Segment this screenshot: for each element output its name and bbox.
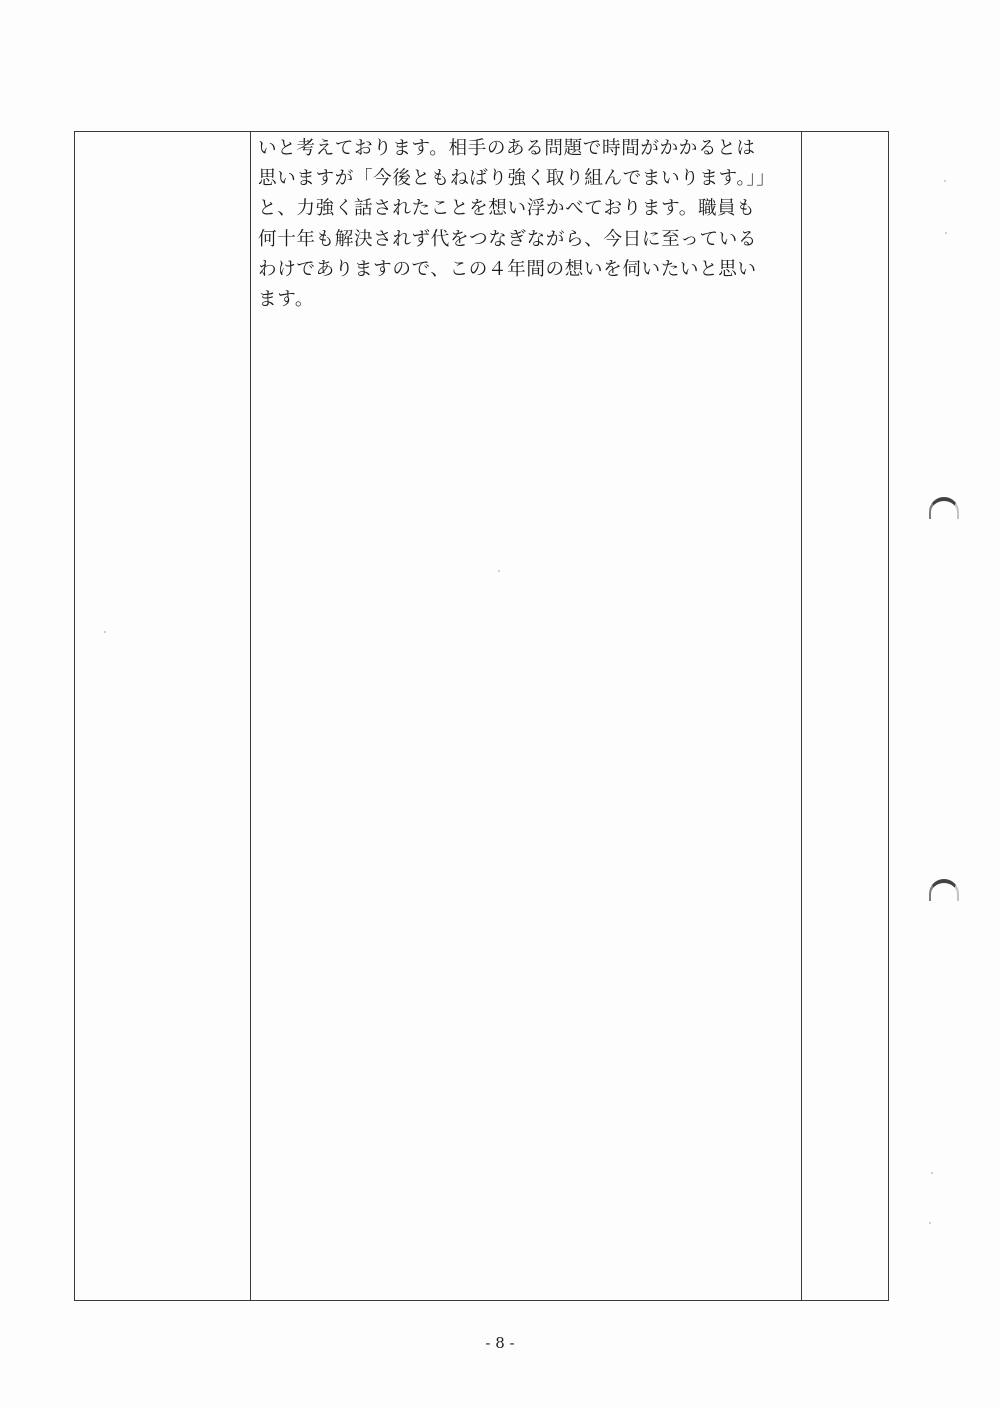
question-table: いと考えております。相手のある問題で時間がかかるとは 思いますが「今後ともねばり… [74,131,889,1301]
table-cell-left [75,132,251,1300]
scan-speck [104,631,106,633]
text-line: 何十年も解決されず代をつなぎながら、今日に至っている [258,225,798,255]
text-line: と、力強く話されたことを想い浮かべております。職員も [258,194,798,224]
text-line: いと考えております。相手のある問題で時間がかかるとは [258,134,798,164]
page-number: - 8 - [0,1334,1000,1352]
scan-speck [944,180,946,182]
scan-speck [931,1172,933,1174]
text-line: わけでありますので、この４年間の想いを伺いたいと思い [258,255,798,285]
scan-speck [498,570,500,572]
table-cell-right [802,132,890,1300]
text-line: ます。 [258,285,798,315]
document-page: いと考えております。相手のある問題で時間がかかるとは 思いますが「今後ともねばり… [0,0,1000,1408]
scan-speck [945,232,947,234]
text-line: 思いますが「今後ともねばり強く取り組んでまいります。」」 [258,164,798,194]
scan-speck [929,1222,931,1224]
punch-hole-icon [929,497,959,519]
question-body-text: いと考えております。相手のある問題で時間がかかるとは 思いますが「今後ともねばり… [258,134,798,315]
table-cell-main: いと考えております。相手のある問題で時間がかかるとは 思いますが「今後ともねばり… [251,132,802,1300]
punch-hole-icon [929,879,959,901]
